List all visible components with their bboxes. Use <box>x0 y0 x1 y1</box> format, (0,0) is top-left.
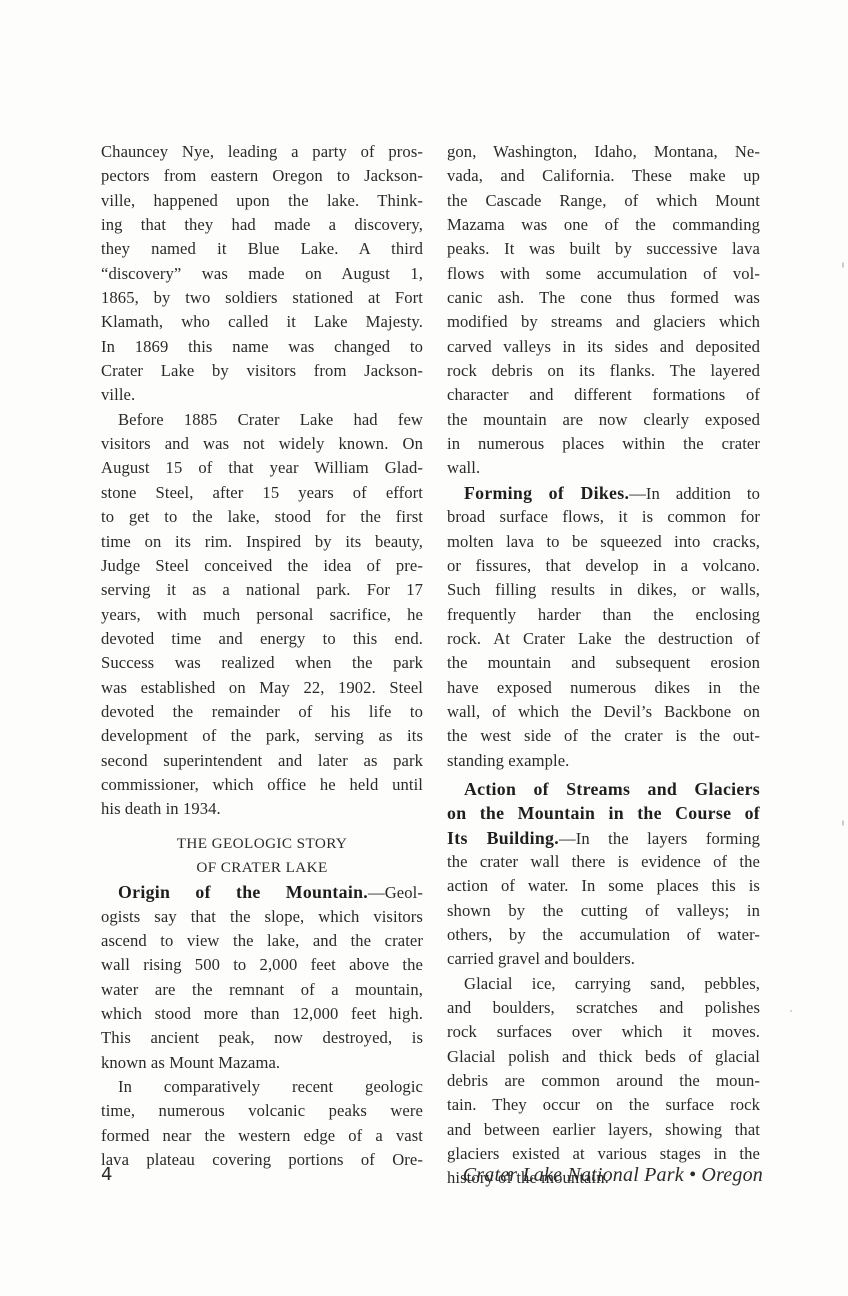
text-line: Crater Lake by visitors from Jackson- <box>101 359 423 383</box>
text-line: commissioner, which office he held until <box>101 773 423 797</box>
text-line: carried gravel and boulders. <box>447 947 760 971</box>
text-line: flows with some accumulation of vol- <box>447 262 760 286</box>
text-line: which stood more than 12,000 feet high. <box>101 1002 423 1026</box>
text-line: Mazama was one of the commanding <box>447 213 760 237</box>
document-page: Chauncey Nye, leading a party of pros- p… <box>0 0 848 1296</box>
text-line: visitors and was not widely known. On <box>101 432 423 456</box>
section-heading-line2: OF CRATER LAKE <box>101 856 423 880</box>
text-line: ogists say that the slope, which visitor… <box>101 905 423 929</box>
text-line: the crater wall there is evidence of the <box>447 850 760 874</box>
text-line: carved valleys in its sides and deposite… <box>447 335 760 359</box>
text-line: wall, of which the Devil’s Backbone on <box>447 700 760 724</box>
spacer <box>101 822 423 832</box>
text-line: have exposed numerous dikes in the <box>447 676 760 700</box>
paragraph-cascade: gon, Washington, Idaho, Montana, Ne- vad… <box>447 140 760 481</box>
paragraph-steel: Before 1885 Crater Lake had few visitors… <box>101 408 423 822</box>
text-line: devoted the remainder of his life to <box>101 700 423 724</box>
text-line: second superintendent and later as park <box>101 749 423 773</box>
run-in-heading-streams-2: on the Mountain in the Course of <box>447 803 760 823</box>
text-line: peaks. It was built by successive lava <box>447 237 760 261</box>
text-line: pectors from eastern Oregon to Jackson- <box>101 164 423 188</box>
text-line: Such filling results in dikes, or walls, <box>447 578 760 602</box>
text-line: canic ash. The cone thus formed was <box>447 286 760 310</box>
text-line: rock. At Crater Lake the destruction of <box>447 627 760 651</box>
text-line: serving it as a national park. For 17 <box>101 578 423 602</box>
text-line: development of the park, serving as its <box>101 724 423 748</box>
page-number: 4 <box>101 1164 112 1185</box>
text-line: molten lava to be squeezed into cracks, <box>447 530 760 554</box>
section-heading-line1: THE GEOLOGIC STORY <box>101 832 423 856</box>
text-line: Chauncey Nye, leading a party of pros- <box>101 140 423 164</box>
text-line: shown by the cutting of valleys; in <box>447 899 760 923</box>
text-line: ville, happened upon the lake. Think- <box>101 189 423 213</box>
text-line: Forming of Dikes.—In addition to <box>447 481 760 505</box>
text-line: they named it Blue Lake. A third <box>101 237 423 261</box>
text-line: years, with much personal sacrifice, he <box>101 603 423 627</box>
text-line: or fissures, that develop in a volcano. <box>447 554 760 578</box>
text-line: Origin of the Mountain.—Geol- <box>101 880 423 904</box>
text-line: broad surface flows, it is common for <box>447 505 760 529</box>
text-line: and between earlier layers, showing that <box>447 1118 760 1142</box>
text-line: Action of Streams and Glaciers <box>447 777 760 801</box>
text-line: his death in 1934. <box>101 797 423 821</box>
run-in-heading-streams-1: Action of Streams and Glaciers <box>464 779 760 799</box>
text-line: formed near the western edge of a vast <box>101 1124 423 1148</box>
text-line: Judge Steel conceived the idea of pre- <box>101 554 423 578</box>
paragraph-discovery: Chauncey Nye, leading a party of pros- p… <box>101 140 423 408</box>
scan-speck <box>790 1010 792 1012</box>
text-line: vada, and California. These make up <box>447 164 760 188</box>
text-fragment: —Geol- <box>368 883 423 902</box>
text-line: the mountain are now clearly exposed <box>447 408 760 432</box>
text-line: devoted time and energy to this end. <box>101 627 423 651</box>
text-line: character and different formations of <box>447 383 760 407</box>
left-column: Chauncey Nye, leading a party of pros- p… <box>101 140 423 1172</box>
text-line: and boulders, scratches and polishes <box>447 996 760 1020</box>
text-line: to get to the lake, stood for the first <box>101 505 423 529</box>
paragraph-streams: Action of Streams and Glaciers on the Mo… <box>447 777 760 972</box>
text-line: Glacial ice, carrying sand, pebbles, <box>447 972 760 996</box>
text-line: rock surfaces over which it moves. <box>447 1020 760 1044</box>
text-line: ville. <box>101 383 423 407</box>
text-line: ascend to view the lake, and the crater <box>101 929 423 953</box>
run-in-heading-origin: Origin of the Mountain. <box>118 882 368 902</box>
text-line: glaciers existed at various stages in th… <box>447 1142 760 1166</box>
scan-speck <box>842 820 844 826</box>
text-line: 1865, by two soldiers stationed at Fort <box>101 286 423 310</box>
text-line: Before 1885 Crater Lake had few <box>101 408 423 432</box>
text-line: ing that they had made a discovery, <box>101 213 423 237</box>
text-line: on the Mountain in the Course of <box>447 801 760 825</box>
text-fragment: —In the layers forming <box>559 829 760 848</box>
text-line: In 1869 this name was changed to <box>101 335 423 359</box>
text-line: time on its rim. Inspired by its beauty, <box>101 530 423 554</box>
text-line: Glacial polish and thick beds of glacial <box>447 1045 760 1069</box>
text-line: Klamath, who called it Lake Majesty. <box>101 310 423 334</box>
right-column: gon, Washington, Idaho, Montana, Ne- vad… <box>447 140 760 1191</box>
text-line: debris are common around the moun- <box>447 1069 760 1093</box>
paragraph-dikes: Forming of Dikes.—In addition to broad s… <box>447 481 760 773</box>
page-footer: 4 Crater Lake National Park • Oregon <box>101 1164 763 1194</box>
paragraph-glacial: Glacial ice, carrying sand, pebbles, and… <box>447 972 760 1191</box>
text-line: the Cascade Range, of which Mount <box>447 189 760 213</box>
text-line: the west side of the crater is the out- <box>447 724 760 748</box>
text-line: was established on May 22, 1902. Steel <box>101 676 423 700</box>
text-line: the mountain and subsequent erosion <box>447 651 760 675</box>
text-line: action of water. In some places this is <box>447 874 760 898</box>
text-line: standing example. <box>447 749 760 773</box>
text-line: Its Building.—In the layers forming <box>447 826 760 850</box>
running-footer-title: Crater Lake National Park • Oregon <box>463 1164 763 1187</box>
text-line: in numerous places within the crater <box>447 432 760 456</box>
text-line: In comparatively recent geologic <box>101 1075 423 1099</box>
paragraph-origin: Origin of the Mountain.—Geol- ogists say… <box>101 880 423 1075</box>
text-line: stone Steel, after 15 years of effort <box>101 481 423 505</box>
text-line: time, numerous volcanic peaks were <box>101 1099 423 1123</box>
text-line: tain. They occur on the surface rock <box>447 1093 760 1117</box>
text-line: wall. <box>447 456 760 480</box>
text-line: Success was realized when the park <box>101 651 423 675</box>
text-line: gon, Washington, Idaho, Montana, Ne- <box>447 140 760 164</box>
scan-speck <box>842 262 844 268</box>
text-line: water are the remnant of a mountain, <box>101 978 423 1002</box>
text-line: wall rising 500 to 2,000 feet above the <box>101 953 423 977</box>
run-in-heading-streams-3: Its Building. <box>447 828 559 848</box>
run-in-heading-dikes: Forming of Dikes. <box>464 483 629 503</box>
text-line: modified by streams and glaciers which <box>447 310 760 334</box>
text-line: others, by the accumulation of water- <box>447 923 760 947</box>
text-line: frequently harder than the enclosing <box>447 603 760 627</box>
text-line: August 15 of that year William Glad- <box>101 456 423 480</box>
text-line: “discovery” was made on August 1, <box>101 262 423 286</box>
text-line: known as Mount Mazama. <box>101 1051 423 1075</box>
text-fragment: —In addition to <box>629 484 760 503</box>
paragraph-recent: In comparatively recent geologic time, n… <box>101 1075 423 1172</box>
text-line: rock debris on its flanks. The layered <box>447 359 760 383</box>
text-line: This ancient peak, now destroyed, is <box>101 1026 423 1050</box>
